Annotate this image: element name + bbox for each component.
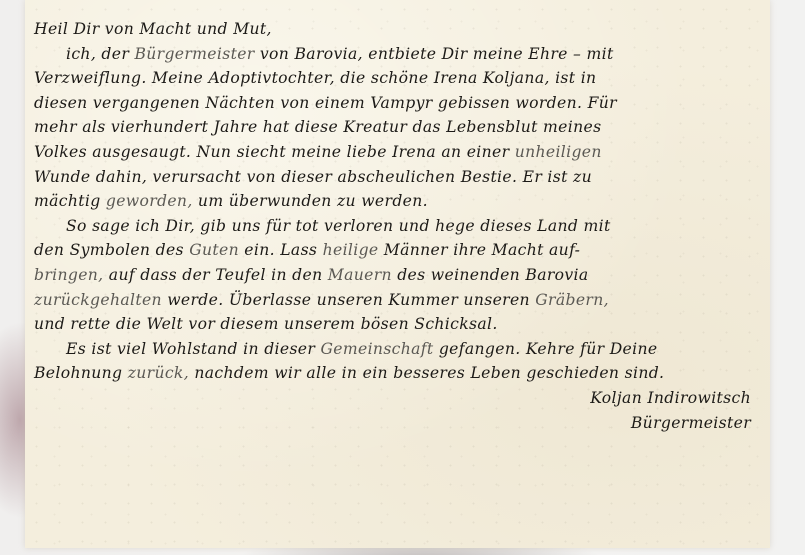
faint-ink-word: heilige <box>323 241 379 259</box>
letter-line: und rette die Welt vor diesem unserem bö… <box>34 312 769 337</box>
letter-text: ich, der <box>66 45 134 63</box>
letter-text: Es ist viel Wohlstand in dieser <box>66 340 321 358</box>
letter-line: den Symbolen des Guten ein. Lass heilige… <box>34 238 769 263</box>
letter-text: nachdem wir alle in ein besseres Leben g… <box>189 364 664 382</box>
faint-ink-word: Mauern <box>328 266 392 284</box>
letter-line: diesen vergangenen Nächten von einem Vam… <box>34 91 769 116</box>
letter-line: Verzweiflung. Meine Adoptivtochter, die … <box>34 66 769 91</box>
letter-line: Belohnung zurück, nachdem wir alle in ei… <box>34 361 769 386</box>
letter-text: von Barovia, entbiete Dir meine Ehre – m… <box>255 45 614 63</box>
letter-text: und rette die Welt vor diesem unserem bö… <box>34 315 498 333</box>
faint-ink-word: Guten <box>189 241 239 259</box>
letter-text: Männer ihre Macht auf- <box>379 241 581 259</box>
letter-line: mächtig geworden, um überwunden zu werde… <box>34 189 769 214</box>
signature-name: Koljan Indirowitsch <box>34 386 769 411</box>
faint-ink-word: Gräbern, <box>535 291 609 309</box>
letter-line: bringen, auf dass der Teufel in den Maue… <box>34 263 769 288</box>
faint-ink-word: zurückgehalten <box>34 291 162 309</box>
letter-line: Wunde dahin, verursacht von dieser absch… <box>34 165 769 190</box>
letter-text: gefangen. Kehre für Deine <box>434 340 658 358</box>
letter-text: So sage ich Dir, gib uns für tot verlore… <box>66 217 611 235</box>
letter-text: diesen vergangenen Nächten von einem Vam… <box>34 94 617 112</box>
letter-text: werde. Überlasse unseren Kummer unseren <box>162 291 535 309</box>
letter-text: um überwunden zu werden. <box>193 192 428 210</box>
faint-ink-word: Bürgermeister <box>134 45 254 63</box>
letter-text: Belohnung <box>34 364 128 382</box>
letter-text: mächtig <box>34 192 106 210</box>
letter-line: mehr als vierhundert Jahre hat diese Kre… <box>34 115 769 140</box>
letter-text: des weinenden Barovia <box>392 266 589 284</box>
faint-ink-word: geworden, <box>106 192 193 210</box>
letter-line: So sage ich Dir, gib uns für tot verlore… <box>34 214 769 239</box>
letter-line: ich, der Bürgermeister von Barovia, entb… <box>34 42 769 67</box>
signature-title: Bürgermeister <box>34 411 769 436</box>
faint-ink-word: Gemeinschaft <box>321 340 434 358</box>
faint-ink-word: unheiligen <box>515 143 602 161</box>
letter-text: auf dass der Teufel in den <box>103 266 327 284</box>
letter-line: Es ist viel Wohlstand in dieser Gemeinsc… <box>34 337 769 362</box>
letter-body: Heil Dir von Macht und Mut, ich, der Bür… <box>34 17 769 435</box>
letter-text: Verzweiflung. Meine Adoptivtochter, die … <box>34 69 596 87</box>
letter-text: Volkes ausgesaugt. Nun siecht meine lieb… <box>34 143 515 161</box>
faint-ink-word: zurück, <box>128 364 189 382</box>
letter-text: den Symbolen des <box>34 241 189 259</box>
letter-paragraphs: ich, der Bürgermeister von Barovia, entb… <box>34 42 769 386</box>
faint-ink-word: bringen, <box>34 266 103 284</box>
letter-text: mehr als vierhundert Jahre hat diese Kre… <box>34 118 601 136</box>
letter-text: Wunde dahin, verursacht von dieser absch… <box>34 168 592 186</box>
letter-text: ein. Lass <box>239 241 323 259</box>
letter-line: Volkes ausgesaugt. Nun siecht meine lieb… <box>34 140 769 165</box>
salutation: Heil Dir von Macht und Mut, <box>34 17 769 42</box>
letter-line: zurückgehalten werde. Überlasse unseren … <box>34 288 769 313</box>
